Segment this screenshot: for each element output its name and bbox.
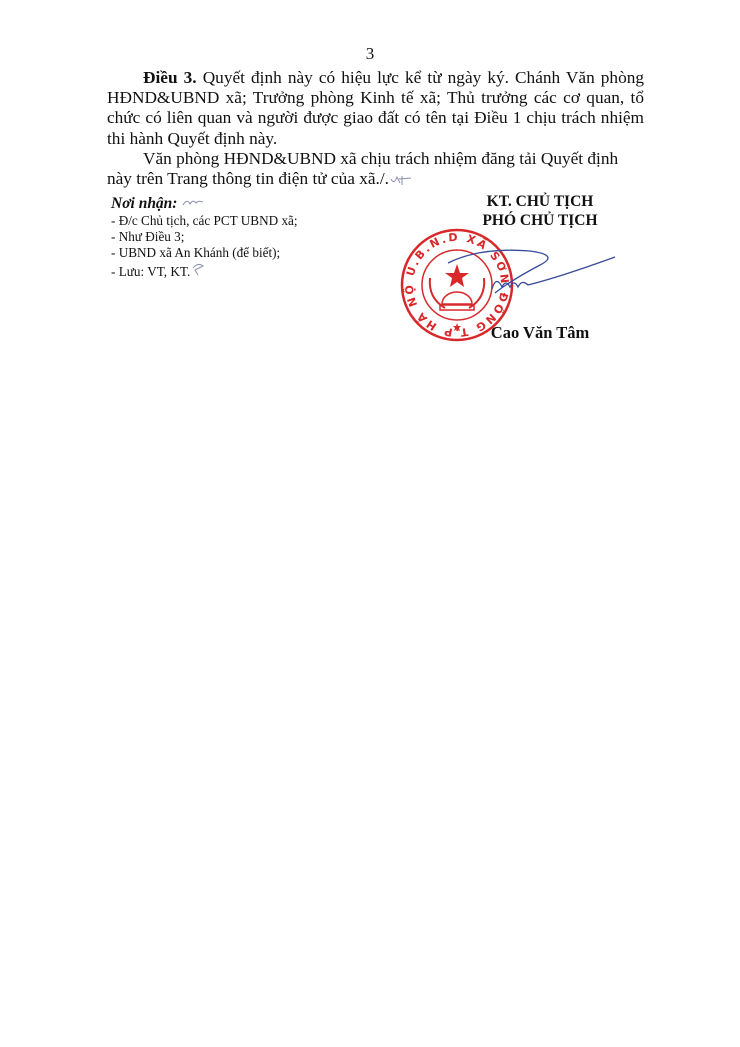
signature-line-1: KT. CHỦ TỊCH xyxy=(440,192,640,211)
recipient-item: - Đ/c Chủ tịch, các PCT UBND xã; xyxy=(111,213,298,229)
handwritten-initial-icon xyxy=(190,262,206,276)
recipients-title: Nơi nhận: xyxy=(111,195,298,213)
handwritten-initial-icon xyxy=(389,173,417,187)
handwritten-signature-icon xyxy=(440,245,620,305)
signer-name: Cao Văn Tâm xyxy=(440,323,640,343)
signature-title: KT. CHỦ TỊCH PHÓ CHỦ TỊCH xyxy=(440,192,640,230)
recipient-item: - Như Điều 3; xyxy=(111,229,298,245)
article-3-paragraph: Điều 3. Quyết định này có hiệu lực kể từ… xyxy=(107,68,644,149)
publication-paragraph: Văn phòng HĐND&UBND xã chịu trách nhiệm … xyxy=(107,149,644,189)
recipient-item: - UBND xã An Khánh (để biết); xyxy=(111,245,298,261)
handwritten-initial-icon xyxy=(181,196,205,208)
publication-text: Văn phòng HĐND&UBND xã chịu trách nhiệm … xyxy=(107,149,618,188)
decision-body: Điều 3. Quyết định này có hiệu lực kể từ… xyxy=(107,68,644,189)
recipients-list: Nơi nhận: - Đ/c Chủ tịch, các PCT UBND x… xyxy=(111,195,298,280)
article-3-heading: Điều 3. xyxy=(143,68,197,87)
recipient-item: - Lưu: VT, KT. xyxy=(111,262,298,280)
page-number: 3 xyxy=(0,44,740,64)
